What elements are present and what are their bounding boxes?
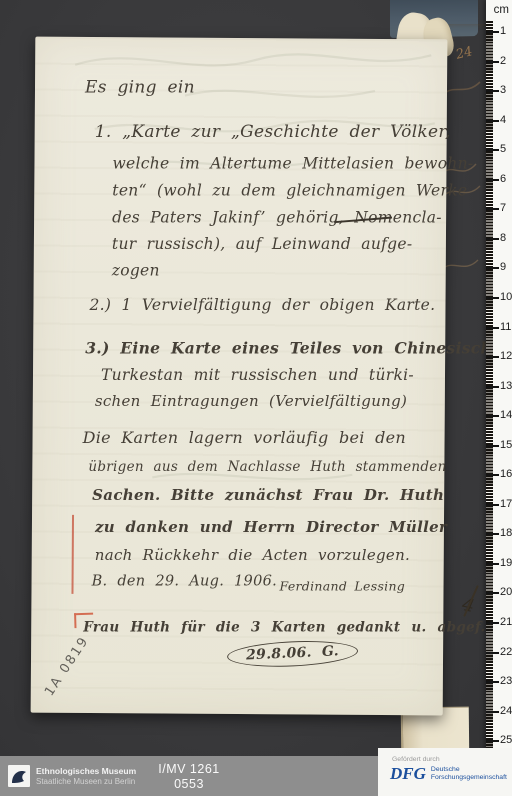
ruler-tick <box>486 179 499 181</box>
ruler-tick <box>486 31 499 33</box>
ruler-number: 1 <box>500 25 506 37</box>
ruler-number: 12 <box>500 350 512 362</box>
ruler-mm-band <box>486 21 493 756</box>
ruler-number: 6 <box>500 173 506 185</box>
ruler-number: 10 <box>500 291 512 303</box>
pencil-archive-number: 1A 0819 <box>42 634 92 699</box>
ruler-tick <box>486 356 499 358</box>
ruler-number: 9 <box>500 261 506 273</box>
letter-line: tur russisch), auf Leinwand aufge- <box>112 235 412 253</box>
ruler-number: 3 <box>500 84 506 96</box>
ruler-tick <box>486 681 499 683</box>
ruler-number: 4 <box>500 114 506 126</box>
ruler-tick <box>486 238 499 240</box>
inventory-number: I/MV 1261 0553 <box>0 762 378 791</box>
ruler-unit-label: cm <box>494 4 509 16</box>
dfg-name-line1: Deutsche <box>431 766 460 773</box>
ruler-tick <box>486 504 499 506</box>
ruler-tick <box>486 208 499 210</box>
ruler-number: 25 <box>500 734 512 746</box>
ruler-tick <box>486 386 499 388</box>
red-margin-line <box>71 515 74 594</box>
ruler-number: 20 <box>500 586 512 598</box>
letter-line: 3.) Eine Karte eines Teiles von Chinesis… <box>85 338 499 357</box>
ruler-tick <box>486 592 499 594</box>
ruler-number: 8 <box>500 232 506 244</box>
ruler-number: 22 <box>500 646 512 658</box>
ruler-number: 14 <box>500 409 512 421</box>
ruler-number: 19 <box>500 557 512 569</box>
ruler-tick <box>486 90 499 92</box>
ruler-tick <box>486 61 499 63</box>
letter-line: zogen <box>112 261 160 279</box>
ruler-number: 24 <box>500 705 512 717</box>
ruler-tick <box>486 297 499 299</box>
ruler-number: 23 <box>500 675 512 687</box>
letter-line: Sachen. Bitte zunächst Frau Dr. Huth <box>92 486 444 504</box>
ruler-tick <box>486 711 499 713</box>
letter-line: 1. „Karte zur „Geschichte der Völker, <box>95 122 451 142</box>
ruler-tick <box>486 415 499 417</box>
funded-by-label: Gefördert durch <box>392 756 440 763</box>
ruler-number: 15 <box>500 439 512 451</box>
ruler-tick <box>486 267 499 269</box>
letter-line: Die Karten lagern vorläufig bei den <box>83 428 406 447</box>
funding-panel: Gefördert durch DFG Deutsche Forschungsg… <box>378 748 512 796</box>
letter-line: ten“ (wohl zu dem gleichnamigen Werke <box>112 181 467 199</box>
disposal-note: Frau Huth für die 3 Karten gedankt u. ab… <box>83 619 485 635</box>
letter-page: Es ging ein 1. „Karte zur „Geschichte de… <box>31 37 448 716</box>
ruler-number: 17 <box>500 498 512 510</box>
footer-bar: Ethnologisches Museum Staatliche Museen … <box>0 756 512 796</box>
inventory-id: I/MV 1261 <box>0 762 378 777</box>
ruler-tick <box>486 652 499 654</box>
sheet-number: 0553 <box>0 777 378 791</box>
dfg-name-line2: Forschungsgemeinschaft <box>431 774 507 781</box>
dfg-full-name: Deutsche Forschungsgemeinschaft <box>431 766 507 782</box>
ruler-number: 21 <box>500 616 512 628</box>
ruler-number: 13 <box>500 380 512 392</box>
ruler-tick <box>486 445 499 447</box>
ruler-tick <box>486 622 499 624</box>
ruler-tick <box>486 474 499 476</box>
photo-background: 24 4 Es ging ein 1. „Karte zur „Geschich… <box>0 0 512 756</box>
letter-line: welche im Altertume Mittelasien bewohn- <box>112 154 473 172</box>
letter-line: schen Eintragungen (Vervielfältigung) <box>95 392 407 410</box>
signature: Ferdinand Lessing <box>280 579 406 594</box>
ruler-number: 11 <box>500 321 511 333</box>
letter-line: nach Rückkehr die Acten vorzulegen. <box>95 546 410 564</box>
letter-line: übrigen aus dem Nachlasse Huth stammende… <box>88 459 446 475</box>
ruler-tick <box>486 120 499 122</box>
ruler-number: 7 <box>500 202 506 214</box>
cm-ruler: cm 1234567891011121314151617181920212223… <box>486 0 512 756</box>
letter-date-line: B. den 29. Aug. 1906. <box>92 574 277 590</box>
letter-line: zu danken und Herrn Director Müller <box>95 518 447 536</box>
letter-line: Turkestan mit russischen und türki- <box>101 366 414 384</box>
ruler-number: 2 <box>500 55 506 67</box>
ruler-tick <box>486 149 499 151</box>
ruler-tick <box>486 740 499 742</box>
letter-line: Es ging ein <box>85 77 195 97</box>
ruler-tick <box>486 327 499 329</box>
ruler-tick <box>486 563 499 565</box>
ruler-number: 5 <box>500 143 506 155</box>
ruler-tick <box>486 533 499 535</box>
ruler-number: 16 <box>500 468 512 480</box>
letter-line: 2.) 1 Vervielfältigung der obigen Karte. <box>89 296 435 314</box>
archive-scan-viewport: 24 4 Es ging ein 1. „Karte zur „Geschich… <box>0 0 512 796</box>
disposal-note-date-circled: 29.8.06. G. <box>227 638 359 669</box>
letter-line: des Paters Jakinf’ gehörig, Nomencla- <box>112 208 442 226</box>
dfg-logo: DFG <box>390 764 426 784</box>
ruler-number: 18 <box>500 527 512 539</box>
